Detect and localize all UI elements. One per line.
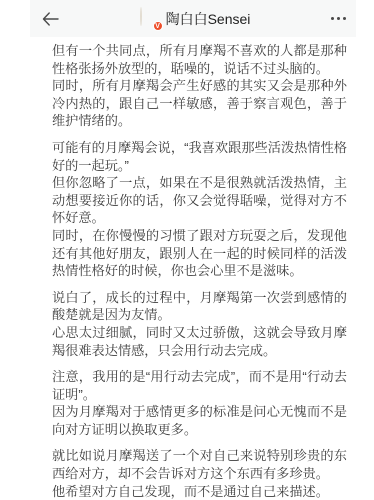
paragraph-line: 但有一个共同点，所有月摩羯不喜欢的人都是那种性格张扬外放型的，聒噪的，说话不过头… (52, 42, 347, 77)
verified-badge-icon: V (153, 21, 163, 31)
paragraph: 说白了，成长的过程中，月摩羯第一次尝到感情的酸楚就是因为友情。心思太过细腻，同时… (52, 289, 347, 359)
paragraph: 注意，我用的是“用行动去完成”，而不是用“行动去证明”。因为月摩羯对于感情更多的… (52, 368, 347, 438)
paragraph-line: 可能有的月摩羯会说，“我喜欢跟那些活泼热情性格好的一起玩。” (52, 139, 347, 174)
paragraph-line: 因为月摩羯对于感情更多的标准是问心无愧而不是向对方证明以换取更多。 (52, 403, 347, 438)
screen: V 陶白白Sensei 但有一个共同点，所有月摩羯不喜欢的人都是那种性格张扬外放… (0, 0, 374, 500)
paragraph-line: 说白了，成长的过程中，月摩羯第一次尝到感情的酸楚就是因为友情。 (52, 289, 347, 324)
header-bar: V 陶白白Sensei (30, 0, 356, 37)
more-options-button[interactable] (320, 0, 356, 37)
paragraph-line: 他希望对方自己发现，而不是通过自己来描述。 (52, 483, 347, 500)
paragraph-line: 但你忽略了一点，如果在不是很熟就活泼热情，主动想要接近你的话，你又会觉得聒噪，觉… (52, 174, 347, 227)
ellipsis-icon (343, 17, 346, 20)
header-title-group: V 陶白白Sensei (70, 8, 320, 29)
paragraph: 但有一个共同点，所有月摩羯不喜欢的人都是那种性格张扬外放型的，聒噪的，说话不过头… (52, 42, 347, 130)
avatar[interactable]: V (140, 8, 161, 29)
page-title: 陶白白Sensei (166, 9, 251, 29)
back-button[interactable] (30, 0, 70, 37)
paragraph-line: 同时，所有月摩羯会产生好感的其实又会是那种外冷内热的，跟自己一样敏感，善于察言观… (52, 77, 347, 130)
paragraph-line: 就比如说月摩羯送了一个对自己来说特别珍贵的东西给对方，却不会告诉对方这个东西有多… (52, 447, 347, 482)
ellipsis-icon (337, 17, 340, 20)
paragraph-line: 注意，我用的是“用行动去完成”，而不是用“行动去证明”。 (52, 368, 347, 403)
ellipsis-icon (331, 17, 334, 20)
paragraph: 可能有的月摩羯会说，“我喜欢跟那些活泼热情性格好的一起玩。”但你忽略了一点，如果… (52, 139, 347, 280)
article-body: 但有一个共同点，所有月摩羯不喜欢的人都是那种性格张扬外放型的，聒噪的，说话不过头… (52, 42, 347, 500)
paragraph: 就比如说月摩羯送了一个对自己来说特别珍贵的东西给对方，却不会告诉对方这个东西有多… (52, 447, 347, 500)
paragraph-line: 心思太过细腻，同时又太过骄傲，这就会导致月摩羯很难表达情感，只会用行动去完成。 (52, 324, 347, 359)
paragraph-line: 同时，在你慢慢的习惯了跟对方玩耍之后，发现他还有其他好朋友，跟别人在一起的时候同… (52, 227, 347, 280)
avatar-image (140, 7, 142, 26)
back-arrow-icon (42, 12, 59, 26)
